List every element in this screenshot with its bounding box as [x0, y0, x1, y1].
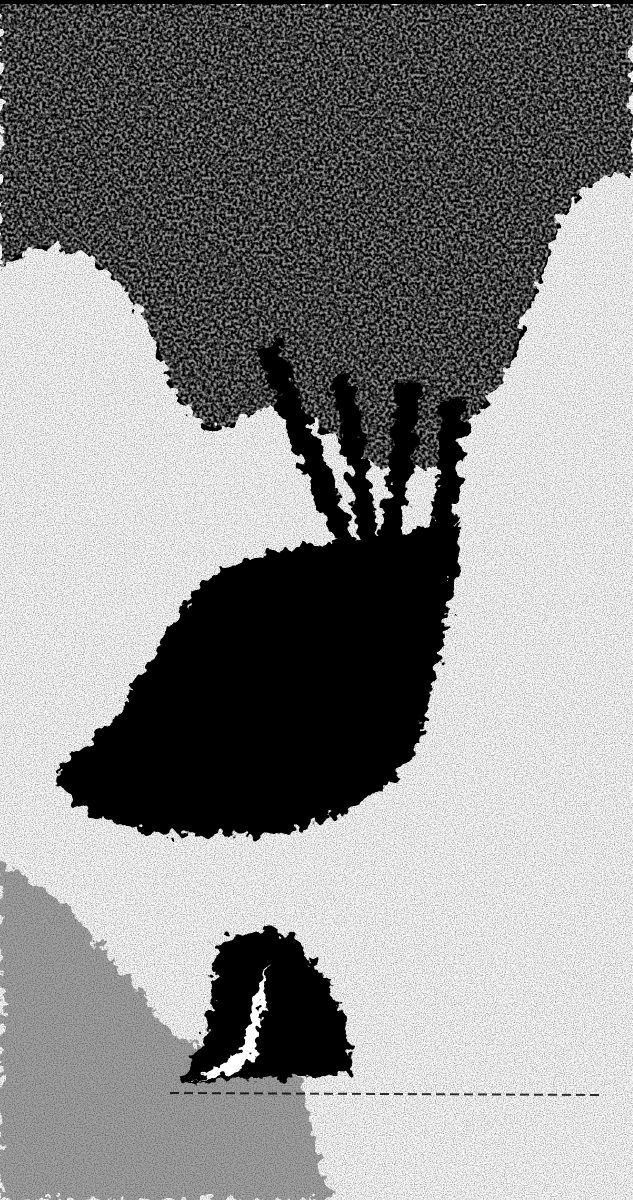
top-border: [0, 0, 633, 4]
halftone-photo: [0, 0, 633, 1200]
photo-canvas: [0, 0, 633, 1200]
